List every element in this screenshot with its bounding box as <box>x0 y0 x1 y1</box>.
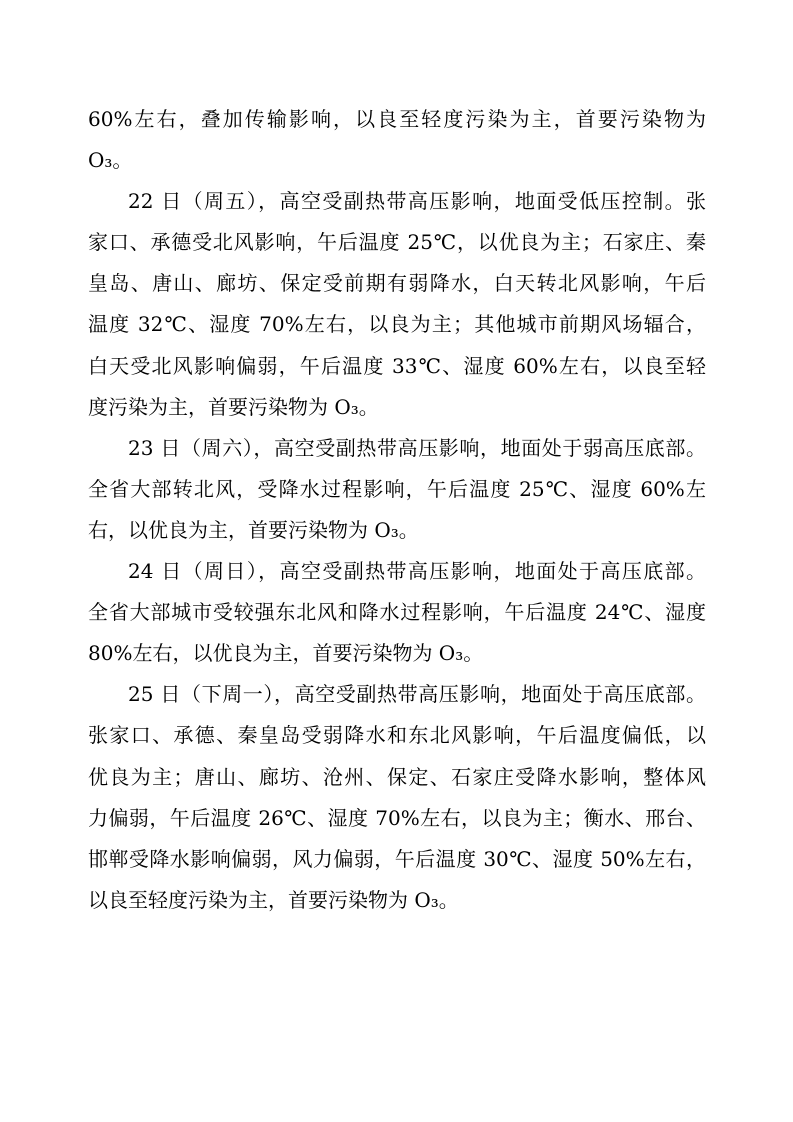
paragraph: 60%左右，叠加传输影响，以良至轻度污染为主，首要污染物为 O₃。 <box>88 99 706 181</box>
document-line: O₃。 <box>88 140 706 181</box>
document-line: 白天受北风影响偏弱，午后温度 33℃、湿度 60%左右，以良至轻 <box>88 346 706 387</box>
paragraph: 24 日（周日），高空受副热带高压影响，地面处于高压底部。 全省大部城市受较强东… <box>88 551 706 674</box>
paragraph: 25 日（下周一），高空受副热带高压影响，地面处于高压底部。 张家口、承德、秦皇… <box>88 674 706 921</box>
document-line: 张家口、承德、秦皇岛受弱降水和东北风影响，午后温度偏低，以 <box>88 715 706 756</box>
document-line: 邯郸受降水影响偏弱，风力偏弱，午后温度 30℃、湿度 50%左右， <box>88 839 706 880</box>
paragraph: 23 日（周六），高空受副热带高压影响，地面处于弱高压底部。 全省大部转北风，受… <box>88 428 706 551</box>
document-line: 25 日（下周一），高空受副热带高压影响，地面处于高压底部。 <box>88 674 706 715</box>
document-page: 60%左右，叠加传输影响，以良至轻度污染为主，首要污染物为 O₃。 22 日（周… <box>0 0 793 1122</box>
paragraph: 22 日（周五），高空受副热带高压影响，地面受低压控制。张 家口、承德受北风影响… <box>88 181 706 428</box>
document-line: 80%左右，以优良为主，首要污染物为 O₃。 <box>88 633 706 674</box>
document-content: 60%左右，叠加传输影响，以良至轻度污染为主，首要污染物为 O₃。 22 日（周… <box>88 99 706 921</box>
document-line: 家口、承德受北风影响，午后温度 25℃，以优良为主；石家庄、秦 <box>88 222 706 263</box>
document-line: 23 日（周六），高空受副热带高压影响，地面处于弱高压底部。 <box>88 428 706 469</box>
document-line: 优良为主；唐山、廊坊、沧州、保定、石家庄受降水影响，整体风 <box>88 757 706 798</box>
document-line: 右，以优良为主，首要污染物为 O₃。 <box>88 510 706 551</box>
document-line: 22 日（周五），高空受副热带高压影响，地面受低压控制。张 <box>88 181 706 222</box>
document-line: 全省大部城市受较强东北风和降水过程影响，午后温度 24℃、湿度 <box>88 592 706 633</box>
document-line: 皇岛、唐山、廊坊、保定受前期有弱降水，白天转北风影响，午后 <box>88 263 706 304</box>
document-line: 以良至轻度污染为主，首要污染物为 O₃。 <box>88 880 706 921</box>
document-line: 温度 32℃、湿度 70%左右，以良为主；其他城市前期风场辐合， <box>88 304 706 345</box>
document-line: 度污染为主，首要污染物为 O₃。 <box>88 387 706 428</box>
document-line: 60%左右，叠加传输影响，以良至轻度污染为主，首要污染物为 <box>88 99 706 140</box>
document-line: 24 日（周日），高空受副热带高压影响，地面处于高压底部。 <box>88 551 706 592</box>
document-line: 全省大部转北风，受降水过程影响，午后温度 25℃、湿度 60%左 <box>88 469 706 510</box>
document-line: 力偏弱，午后温度 26℃、湿度 70%左右，以良为主；衡水、邢台、 <box>88 798 706 839</box>
